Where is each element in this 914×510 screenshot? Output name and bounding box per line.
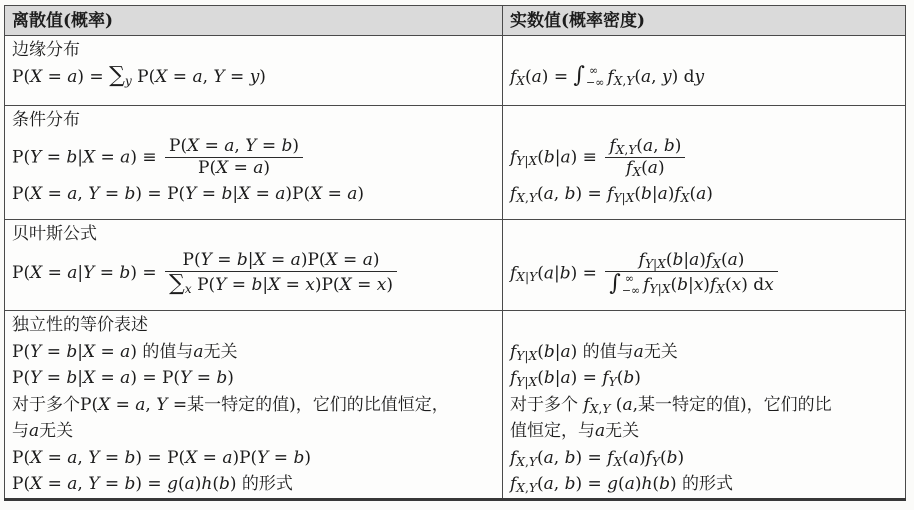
formula: P(Y = b|X = a) 的值与a无关 bbox=[12, 339, 497, 366]
formula: P(X = a) = ∑y P(X = a, Y = y) bbox=[12, 64, 497, 91]
table-row: 贝叶斯公式P(X = a|Y = b) = P(Y = b|X = a)P(X … bbox=[5, 220, 906, 311]
formula: P(X = a, Y = b) = g(a)h(b) 的形式 bbox=[12, 471, 497, 498]
formula: 值恒定，与a无关 bbox=[510, 418, 900, 445]
formula: P(Y = b|X = a) = P(Y = b) bbox=[12, 365, 497, 392]
formula: fY|X(b|a) = fY(b) bbox=[510, 365, 900, 392]
section-title: 边缘分布 bbox=[12, 37, 497, 64]
table-cell-right: fY|X(b|a) ≡ fX,Y(a, b)fX(a)fX,Y(a, b) = … bbox=[503, 106, 906, 220]
table-cell-right: fX(a) = ∫∞−∞fX,Y(a, y) dy bbox=[503, 36, 906, 106]
table-cell-left: 独立性的等价表述P(Y = b|X = a) 的值与a无关P(Y = b|X =… bbox=[5, 311, 503, 500]
spacer-line bbox=[510, 312, 900, 339]
formula: P(X = a|Y = b) = P(Y = b|X = a)P(X = a)∑… bbox=[12, 248, 497, 299]
formula: fY|X(b|a) ≡ fX,Y(a, b)fX(a) bbox=[510, 134, 900, 182]
section-title: 贝叶斯公式 bbox=[12, 221, 497, 248]
formula: 对于多个P(X = a, Y =某一特定的值)，它们的比值恒定， bbox=[12, 392, 497, 419]
formula: P(X = a, Y = b) = P(Y = b|X = a)P(X = a) bbox=[12, 181, 497, 208]
table-cell-left: 条件分布P(Y = b|X = a) ≡ P(X = a, Y = b)P(X … bbox=[5, 106, 503, 220]
table-cell-left: 边缘分布P(X = a) = ∑y P(X = a, Y = y) bbox=[5, 36, 503, 106]
formula: fX|Y(a|b) = fY|X(b|a)fX(a)∫∞−∞fY|X(b|x)f… bbox=[510, 248, 900, 300]
table-row: 独立性的等价表述P(Y = b|X = a) 的值与a无关P(Y = b|X =… bbox=[5, 311, 906, 500]
header-row: 离散值(概率) 实数值(概率密度) bbox=[5, 6, 906, 36]
document-page: 离散值(概率) 实数值(概率密度) 边缘分布P(X = a) = ∑y P(X … bbox=[0, 0, 914, 510]
table-row: 边缘分布P(X = a) = ∑y P(X = a, Y = y)fX(a) =… bbox=[5, 36, 906, 106]
spacer-line bbox=[510, 221, 900, 248]
formula: fX,Y(a, b) = fY|X(b|a)fX(a) bbox=[510, 181, 900, 208]
formula: fY|X(b|a) 的值与a无关 bbox=[510, 339, 900, 366]
formula: 对于多个 fX,Y (a,某一特定的值)，它们的比 bbox=[510, 392, 900, 419]
formula: fX,Y(a, b) = fX(a)fY(b) bbox=[510, 445, 900, 472]
formula: P(X = a, Y = b) = P(X = a)P(Y = b) bbox=[12, 445, 497, 472]
probability-table: 离散值(概率) 实数值(概率密度) 边缘分布P(X = a) = ∑y P(X … bbox=[4, 5, 906, 501]
column-header-continuous: 实数值(概率密度) bbox=[503, 6, 906, 36]
formula: fX(a) = ∫∞−∞fX,Y(a, y) dy bbox=[510, 64, 900, 91]
column-header-discrete: 离散值(概率) bbox=[5, 6, 503, 36]
table-cell-right: fY|X(b|a) 的值与a无关fY|X(b|a) = fY(b)对于多个 fX… bbox=[503, 311, 906, 500]
spacer-line bbox=[510, 107, 900, 134]
table-cell-left: 贝叶斯公式P(X = a|Y = b) = P(Y = b|X = a)P(X … bbox=[5, 220, 503, 311]
formula: fX,Y(a, b) = g(a)h(b) 的形式 bbox=[510, 471, 900, 498]
section-title: 条件分布 bbox=[12, 107, 497, 134]
table-row: 条件分布P(Y = b|X = a) ≡ P(X = a, Y = b)P(X … bbox=[5, 106, 906, 220]
section-title: 独立性的等价表述 bbox=[12, 312, 497, 339]
formula: P(Y = b|X = a) ≡ P(X = a, Y = b)P(X = a) bbox=[12, 134, 497, 182]
table-cell-right: fX|Y(a|b) = fY|X(b|a)fX(a)∫∞−∞fY|X(b|x)f… bbox=[503, 220, 906, 311]
formula: 与a无关 bbox=[12, 418, 497, 445]
spacer-line bbox=[510, 37, 900, 64]
